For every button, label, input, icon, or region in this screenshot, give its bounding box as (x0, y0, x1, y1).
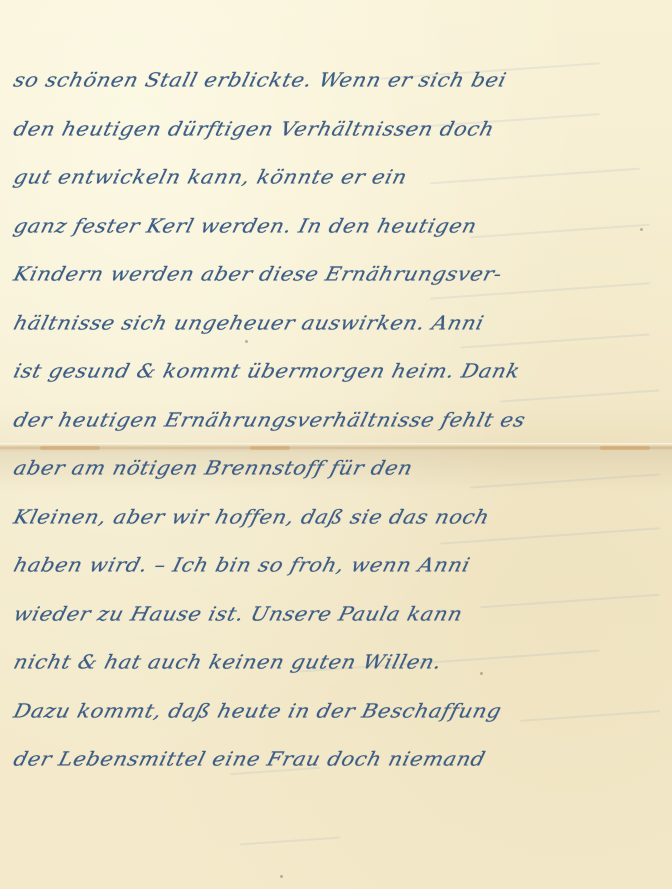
paper-speck (280, 875, 283, 878)
letter-line: nicht & hat auch keinen guten Willen. (8, 640, 669, 685)
letter-line: so schönen Stall erblickte. Wenn er sich… (8, 58, 669, 103)
letter-line: der Lebensmittel eine Frau doch niemand (8, 737, 669, 782)
letter-line: Dazu kommt, daß heute in der Beschaffung (8, 688, 669, 733)
letter-line: ganz fester Kerl werden. In den heutigen (8, 203, 669, 248)
letter-line: Kindern werden aber diese Ernährungsver- (8, 252, 669, 297)
letter-line: Kleinen, aber wir hoffen, daß sie das no… (8, 494, 669, 539)
letter-line: hältnisse sich ungeheuer auswirken. Anni (8, 300, 669, 345)
letter-line: der heutigen Ernährungsverhältnisse fehl… (8, 397, 669, 442)
letter-line: aber am nötigen Brennstoff für den (8, 446, 669, 491)
letter-line: ist gesund & kommt übermorgen heim. Dank (8, 349, 669, 394)
letter-line: haben wird. – Ich bin so froh, wenn Anni (8, 543, 669, 588)
letter-line: wieder zu Hause ist. Unsere Paula kann (8, 591, 669, 636)
letter-line: gut entwickeln kann, könnte er ein (8, 155, 669, 200)
handwritten-letter-body: so schönen Stall erblickte. Wenn er sich… (14, 56, 664, 784)
letter-line: den heutigen dürftigen Verhältnissen doc… (8, 106, 669, 151)
